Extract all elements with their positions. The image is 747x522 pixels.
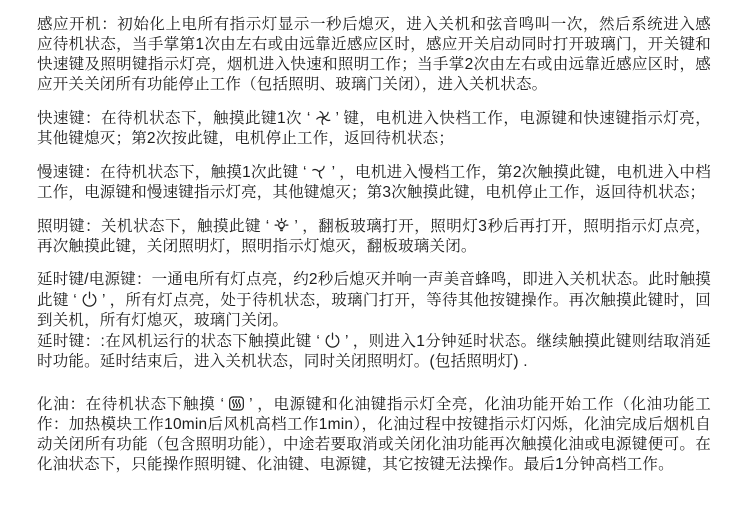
text-run: ’ ，所有灯点亮，处于待机状态，玻璃门打开，等待其他按键操作。再次触摸此键时，回… bbox=[37, 292, 711, 329]
text-run: 快速键：在待机状态下，触摸此键1次 ‘ bbox=[37, 110, 311, 127]
paragraph-fast-key: 快速键：在待机状态下，触摸此键1次 ‘’ 键，电机进入快档工作，电源键和快速键指… bbox=[37, 108, 711, 149]
paragraph-slow-key: 慢速键：在待机状态下，触摸1次此键 ‘’ ，电机进入慢档工作，第2次触摸此键，电… bbox=[37, 162, 711, 203]
fan-fast-icon bbox=[314, 108, 333, 127]
paragraph-delay-power-key: 延时键/电源键：一通电所有灯点亮，约2秒后熄灭并响一声美音蜂鸣，即进入关机状态。… bbox=[37, 270, 711, 331]
text-run: 照明键：关机状态下，触摸此键 ‘ bbox=[37, 218, 269, 235]
text-run: 感应开机：初始化上电所有指示灯显示一秒后熄灭，进入关机和弦音鸣叫一次，然后系统进… bbox=[37, 16, 711, 93]
text-run: 化油：在待机状态下触摸 ‘ bbox=[37, 396, 224, 413]
power-icon bbox=[323, 331, 342, 350]
paragraph-sensor-power-on: 感应开机：初始化上电所有指示灯显示一秒后熄灭，进入关机和弦音鸣叫一次，然后系统进… bbox=[37, 15, 711, 95]
text-run: 慢速键：在待机状态下，触摸1次此键 ‘ bbox=[37, 164, 307, 181]
heat-icon bbox=[227, 394, 246, 413]
light-icon bbox=[272, 216, 291, 235]
manual-page: 感应开机：初始化上电所有指示灯显示一秒后熄灭，进入关机和弦音鸣叫一次，然后系统进… bbox=[0, 0, 747, 522]
paragraph-light-key: 照明键：关机状态下，触摸此键 ‘’ ，翻板玻璃打开，照明灯3秒后再打开，照明指示… bbox=[37, 216, 711, 257]
fan-slow-icon bbox=[310, 162, 329, 181]
paragraph-oil-clean-key: 化油：在待机状态下触摸 ‘’ ，电源键和化油键指示灯全亮，化油功能开始工作（化油… bbox=[37, 394, 711, 475]
paragraph-delay-key: 延时键：:在风机运行的状态下触摸此键 ‘’ ，则进入1分钟延时状态。继续触摸此键… bbox=[37, 331, 711, 372]
power-icon bbox=[80, 290, 99, 309]
text-run: 延时键：:在风机运行的状态下触摸此键 ‘ bbox=[37, 333, 320, 350]
document-body: 感应开机：初始化上电所有指示灯显示一秒后熄灭，进入关机和弦音鸣叫一次，然后系统进… bbox=[37, 15, 711, 475]
